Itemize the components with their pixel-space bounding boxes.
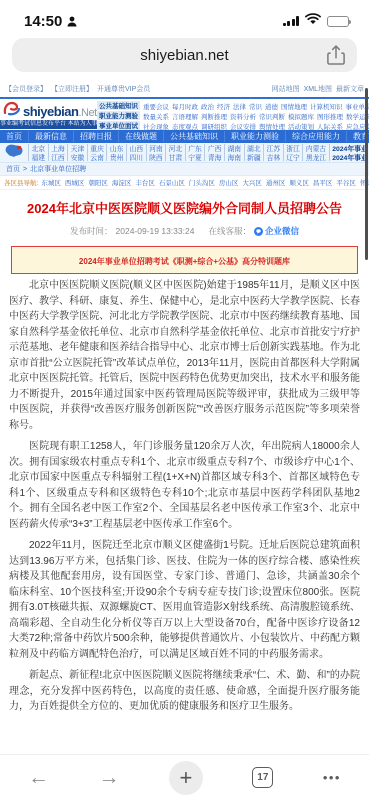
promo-link[interactable]: 2024年事业单位招聘考试《职测+综合+公基》高分特训题库 bbox=[79, 257, 290, 266]
share-button[interactable] bbox=[324, 43, 348, 67]
mega-link[interactable]: 社会现象 bbox=[143, 124, 169, 130]
status-bar: 14:50 bbox=[0, 0, 369, 32]
province-link[interactable]: 广西 bbox=[204, 144, 224, 153]
province-link[interactable]: 海南 bbox=[224, 153, 244, 162]
breadcrumb-current-link[interactable]: 北京事业单位招聘 bbox=[30, 164, 86, 174]
district-nav: 各区县导航: 东城区西城区朝阳区海淀区丰台区石景山区门头沟区房山区大兴区通州区顺… bbox=[0, 176, 369, 190]
url-field[interactable]: shiyebian.net bbox=[12, 38, 357, 72]
article-paragraph: 2022年11月，医院迁至北京市顺义区健盛街1号院。迁址后医院总建筑面积达到13… bbox=[9, 538, 360, 662]
article-paragraph: 新起点、新征程!北京中医医院顺义医院将继续秉承“仁、术、勤、和”的办院理念，充分… bbox=[9, 668, 360, 715]
province-nav: 北京上海天津重庆山东山西河南河北广东广西湖南湖北江苏浙江内蒙古 2024年事业单… bbox=[0, 143, 369, 163]
article: 2024年北京中医医院顺义医院编外合同制人员招聘公告 发布时间：2024-09-… bbox=[0, 200, 369, 715]
wecom-icon bbox=[254, 227, 263, 236]
person-icon bbox=[67, 16, 77, 27]
publish-time: 2024-09-19 13:33:24 bbox=[116, 226, 195, 236]
district-nav-label: 各区县导航: bbox=[4, 178, 38, 187]
mega-link[interactable]: 态度观点 bbox=[172, 124, 198, 130]
province-link[interactable]: 湖北 bbox=[244, 144, 264, 153]
utility-links-left: 【会员登录】【立即注册】开通尊贵VIP会员 bbox=[5, 84, 154, 94]
province-row-1: 北京上海天津重庆山东山西河南河北广东广西湖南湖北江苏浙江内蒙古 2024年事业单… bbox=[28, 144, 366, 153]
back-button[interactable]: ← bbox=[28, 767, 49, 788]
province-link[interactable]: 江西 bbox=[48, 153, 68, 162]
province-link[interactable]: 云南 bbox=[87, 153, 107, 162]
promo-banner: 2024年事业单位招聘考试《职测+综合+公基》高分特训题库 bbox=[11, 246, 358, 274]
province-link[interactable]: 内蒙古 bbox=[302, 144, 328, 153]
province-link[interactable]: 广东 bbox=[185, 144, 205, 153]
district-link[interactable]: 海淀区 bbox=[112, 178, 132, 187]
more-menu-button[interactable]: ••• bbox=[323, 770, 341, 785]
nav-item[interactable]: 在线做题 bbox=[119, 131, 164, 142]
nav-item[interactable]: 招聘日报 bbox=[74, 131, 119, 142]
district-link[interactable]: 石景山区 bbox=[159, 178, 185, 187]
mega-row-zhice: 职业能力测验 数量关系言语理解判断推理资料分析常识判断模拟题库图形推理数学运算逻… bbox=[97, 110, 369, 120]
province-link[interactable]: 安徽 bbox=[67, 153, 87, 162]
url-text: shiyebian.net bbox=[140, 47, 228, 64]
utility-link[interactable]: 网站地图 bbox=[272, 84, 300, 94]
mega-head-link[interactable]: 职业能力测验 bbox=[97, 111, 140, 120]
article-paragraph: 北京中医医院顺义医院(顺义区中医医院)始建于1985年11月，是顺义区中医医疗、… bbox=[9, 278, 360, 433]
district-link[interactable]: 丰台区 bbox=[135, 178, 155, 187]
province-link[interactable]: 湖南 bbox=[224, 144, 244, 153]
district-link[interactable]: 平谷区 bbox=[336, 178, 356, 187]
article-title: 2024年北京中医医院顺义医院编外合同制人员招聘公告 bbox=[9, 200, 360, 218]
forward-button[interactable]: → bbox=[98, 767, 119, 788]
china-map-icon bbox=[3, 143, 25, 163]
mega-head-link[interactable]: 公共基础知识 bbox=[97, 101, 140, 110]
province-link[interactable]: 天津 bbox=[67, 144, 87, 153]
province-link[interactable]: 上海 bbox=[48, 144, 68, 153]
province-row-2: 福建江西安徽云南贵州四川陕西甘肃宁夏青海海南新疆吉林辽宁黑龙江 2024年事业单… bbox=[28, 153, 366, 162]
nav-item[interactable]: 最新信息 bbox=[29, 131, 74, 142]
breadcrumb-home-link[interactable]: 首页 bbox=[6, 164, 20, 174]
nav-item[interactable]: 综合应用能力 bbox=[286, 131, 347, 142]
province-link[interactable]: 北京 bbox=[28, 144, 48, 153]
mega-link[interactable]: 舆情处理 bbox=[259, 124, 285, 130]
mega-row-gongji: 公共基础知识 重要会议每月时政政治经济法律常识道德国情地理计算机知识事业单位知识… bbox=[97, 100, 369, 110]
mega-link[interactable]: 人际关系 bbox=[317, 124, 343, 130]
utility-link[interactable]: 【立即注册】 bbox=[51, 84, 93, 94]
logo-icon bbox=[3, 101, 21, 121]
nav-item[interactable]: 公共基础知识 bbox=[164, 131, 225, 142]
logo-name: shiyebian bbox=[23, 104, 78, 119]
mega-link[interactable]: 会议安排 bbox=[230, 124, 256, 130]
header-mega-links: 公共基础知识 重要会议每月时政政治经济法律常识道德国情地理计算机知识事业单位知识… bbox=[97, 99, 369, 130]
province-link[interactable]: 河北 bbox=[165, 144, 185, 153]
province-link[interactable]: 甘肃 bbox=[165, 153, 185, 162]
mega-head-link[interactable]: 事业单位面试 bbox=[97, 121, 140, 130]
utility-link[interactable]: XML地图 bbox=[304, 84, 332, 94]
province-link[interactable]: 江苏 bbox=[263, 144, 283, 153]
exam-material-link[interactable]: 2024年事业单位考试资料 bbox=[329, 144, 366, 153]
new-tab-button[interactable]: + bbox=[169, 761, 203, 795]
scrollbar-thumb[interactable] bbox=[365, 88, 368, 260]
district-link[interactable]: 昌平区 bbox=[313, 178, 333, 187]
wecom-service-link[interactable]: 企业微信 bbox=[254, 225, 299, 237]
province-link[interactable]: 山东 bbox=[106, 144, 126, 153]
nav-item[interactable]: 首页 bbox=[0, 131, 29, 142]
publish-time-label: 发布时间： bbox=[70, 225, 113, 237]
article-paragraph: 医院现有职工1258人，年门诊服务量120余万人次，年出院病人18000余人次。… bbox=[9, 439, 360, 532]
tabs-button[interactable]: 17 bbox=[252, 767, 273, 788]
province-link[interactable]: 四川 bbox=[126, 153, 146, 162]
district-link[interactable]: 大兴区 bbox=[242, 178, 262, 187]
province-link[interactable]: 山西 bbox=[126, 144, 146, 153]
province-link[interactable]: 辽宁 bbox=[283, 153, 303, 162]
battery-icon bbox=[327, 16, 349, 27]
district-link[interactable]: 朝阳区 bbox=[88, 178, 108, 187]
district-link[interactable]: 东城区 bbox=[41, 178, 61, 187]
main-nav: 首页最新信息招聘日报在线做题公共基础知识职业能力测验综合应用能力教育综合知识 bbox=[0, 130, 369, 143]
site-slogan: 事业编考试信息发布平台 本站为人事考试导航! bbox=[0, 120, 97, 129]
utility-link[interactable]: 最新文章 bbox=[336, 84, 364, 94]
wifi-icon bbox=[305, 12, 321, 30]
logo-suffix: .Net bbox=[78, 107, 96, 119]
province-link[interactable]: 贵州 bbox=[106, 153, 126, 162]
province-link[interactable]: 黑龙江 bbox=[302, 153, 328, 162]
utility-link[interactable]: 【会员登录】 bbox=[5, 84, 47, 94]
site-logo[interactable]: shiyebian.Net 事业编考试信息发布平台 本站为人事考试导航! bbox=[0, 99, 97, 130]
breadcrumb-separator: > bbox=[23, 166, 27, 173]
clock-time: 14:50 bbox=[24, 13, 62, 30]
province-link[interactable]: 浙江 bbox=[283, 144, 303, 153]
province-link[interactable]: 陕西 bbox=[146, 153, 166, 162]
screen: 14:50 shiyebian.net 【会员登录】【立即注册】开通尊贵VIP会… bbox=[0, 0, 369, 800]
district-link[interactable]: 通州区 bbox=[266, 178, 286, 187]
province-link[interactable]: 青海 bbox=[204, 153, 224, 162]
province-link[interactable]: 宁夏 bbox=[185, 153, 205, 162]
district-link[interactable]: 西城区 bbox=[65, 178, 85, 187]
province-link[interactable]: 新疆 bbox=[244, 153, 264, 162]
mega-link[interactable]: 调研组织 bbox=[201, 124, 227, 130]
district-link[interactable]: 房山区 bbox=[219, 178, 239, 187]
district-link[interactable]: 顺义区 bbox=[289, 178, 309, 187]
province-link[interactable]: 吉林 bbox=[263, 153, 283, 162]
utility-link[interactable]: 开通尊贵VIP会员 bbox=[97, 84, 150, 94]
province-link[interactable]: 河南 bbox=[146, 144, 166, 153]
district-link[interactable]: 门头沟区 bbox=[189, 178, 215, 187]
browser-toolbar: ← → + 17 ••• bbox=[0, 754, 369, 800]
mega-link[interactable]: 活动策划 bbox=[288, 124, 314, 130]
browser-address-bar: shiyebian.net bbox=[0, 32, 369, 82]
site-utility-bar: 【会员登录】【立即注册】开通尊贵VIP会员 网站地图XML地图最新文章 bbox=[0, 82, 369, 99]
article-body: 北京中医医院顺义医院(顺义区中医医院)始建于1985年11月，是顺义区中医医疗、… bbox=[9, 278, 360, 715]
breadcrumb: 首页 > 北京事业单位招聘 bbox=[0, 163, 369, 176]
province-link[interactable]: 福建 bbox=[28, 153, 48, 162]
utility-links-right: 网站地图XML地图最新文章 bbox=[268, 84, 364, 94]
nav-item[interactable]: 职业能力测验 bbox=[225, 131, 286, 142]
service-label: 在线客服： bbox=[208, 225, 251, 237]
mega-row-mianshi: 事业单位面试 社会现象态度观点调研组织会议安排舆情处理活动策划人际关系应急应变自… bbox=[97, 120, 369, 130]
cellular-signal-icon bbox=[283, 16, 300, 26]
article-meta: 发布时间：2024-09-19 13:33:24 在线客服： 企业微信 bbox=[9, 225, 360, 237]
exam-bank-link[interactable]: 2024年事业单位考试题库 bbox=[329, 153, 366, 162]
province-link[interactable]: 重庆 bbox=[87, 144, 107, 153]
site-header: shiyebian.Net 事业编考试信息发布平台 本站为人事考试导航! 公共基… bbox=[0, 99, 369, 130]
